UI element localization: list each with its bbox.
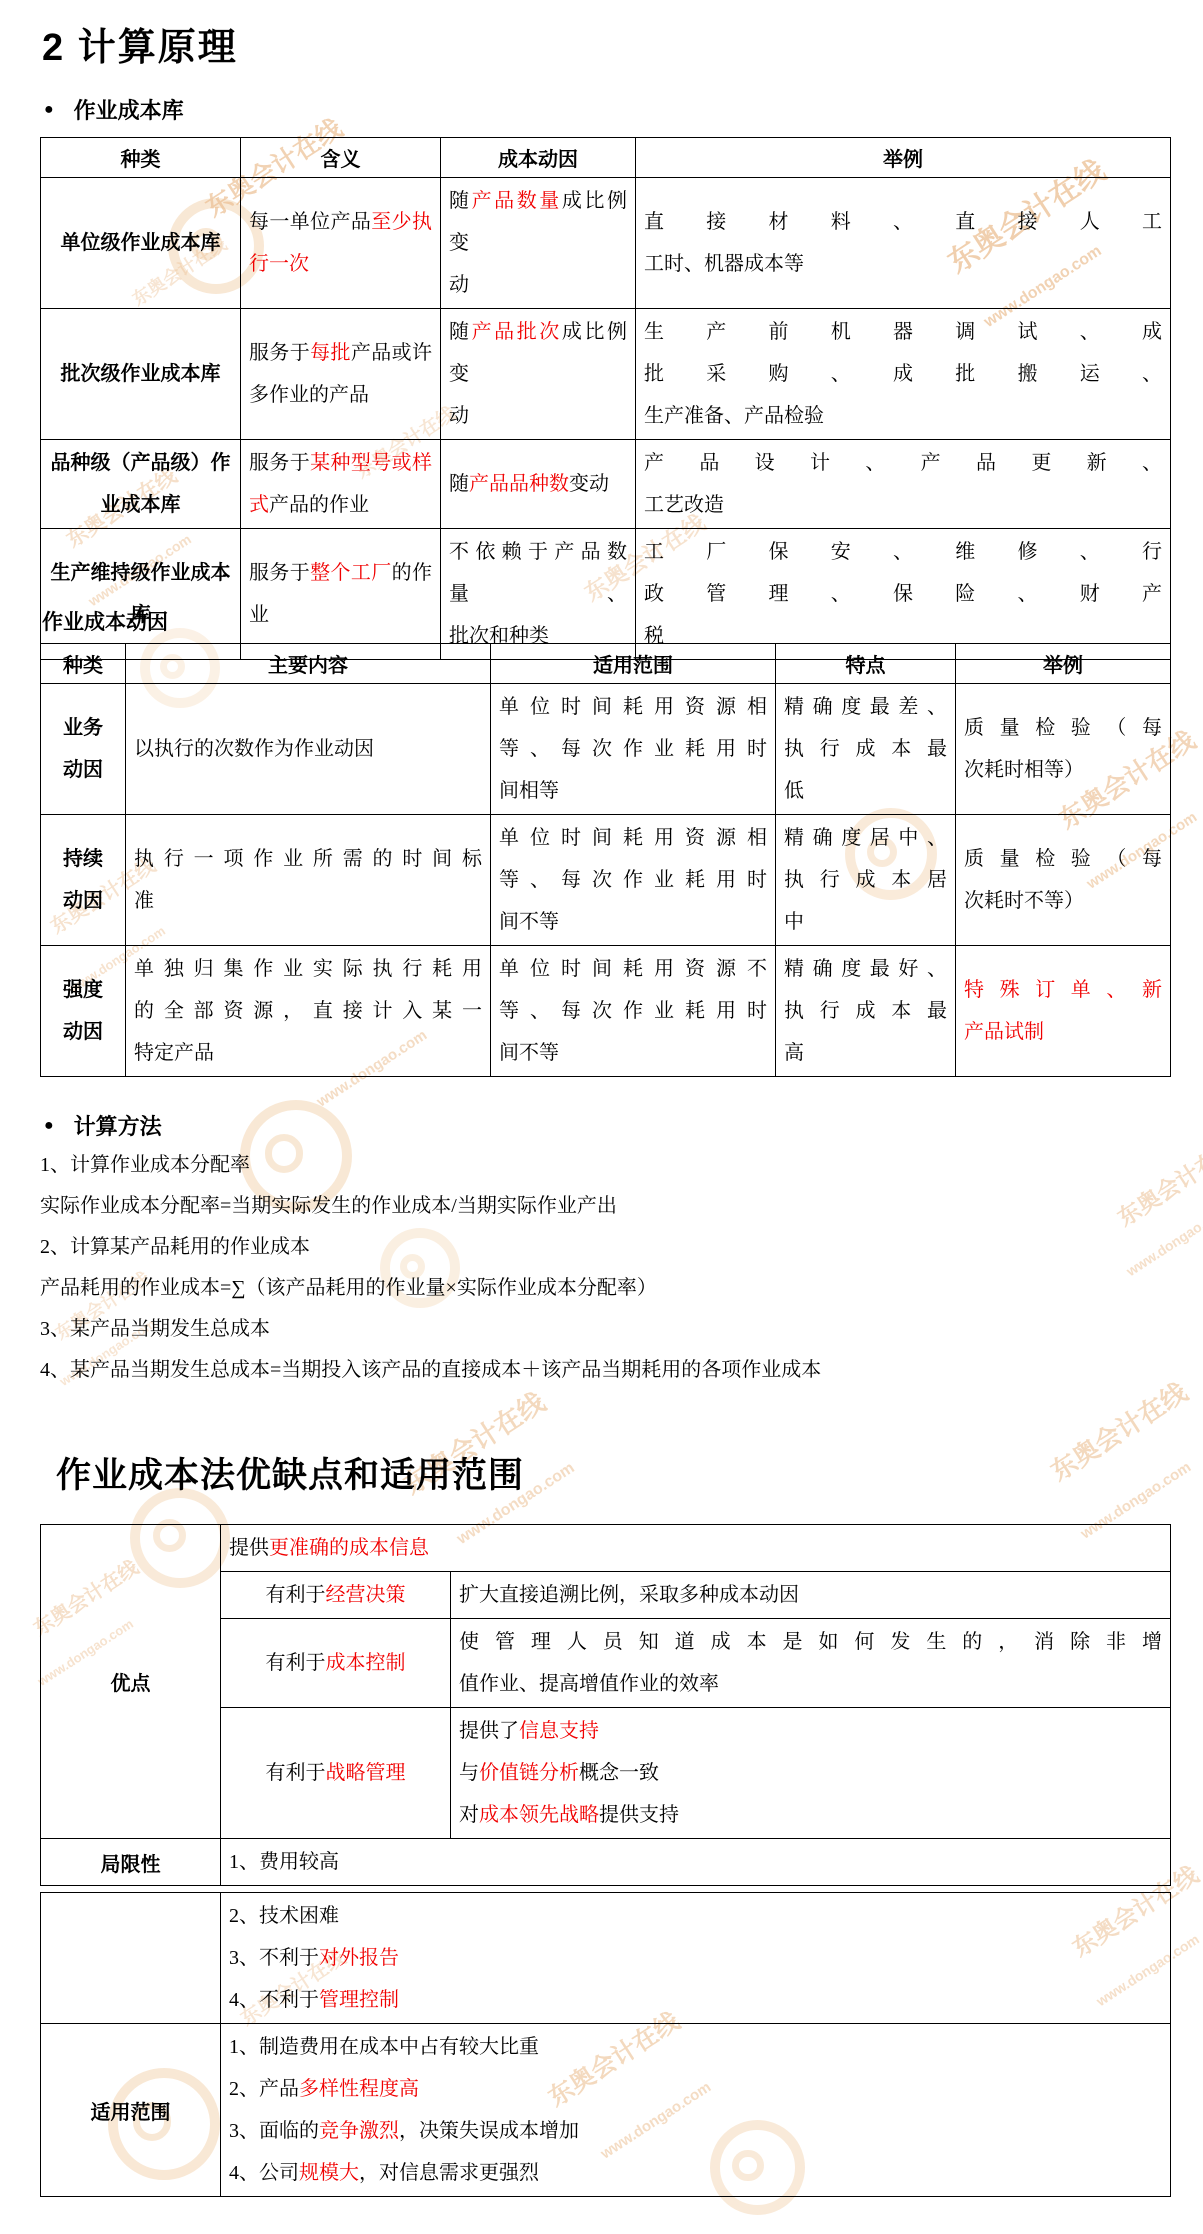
cell-line: 业成本库	[49, 484, 232, 526]
method-lines: 1、计算作业成本分配率 实际作业成本分配率=当期实际发生的作业成本/当期实际作业…	[40, 1145, 1180, 1391]
t3-row1-label: 有利于经营决策	[221, 1572, 451, 1619]
t1-row3-kind: 品种级（产品级）作业成本库	[41, 440, 241, 529]
method-line: 2、计算某产品耗用的作业成本	[40, 1227, 1180, 1268]
t4-row2-label: 适用范围	[41, 2024, 221, 2197]
t1-row2-kind: 批次级作业成本库	[41, 309, 241, 440]
cell-line: 生产准备、产品检验	[644, 395, 1162, 437]
cell-line: 服务于某种型号或样	[249, 442, 432, 484]
cell-line: 对成本领先战略提供支持	[459, 1794, 1162, 1836]
method-heading: ● 计算方法	[44, 1110, 162, 1141]
t1-row4-meaning: 服务于整个工厂的作业	[241, 529, 441, 660]
cell-line: 执行成本居	[784, 859, 947, 901]
t3-limitation-desc: 1、费用较高	[221, 1839, 1171, 1886]
page-title: 2 计算原理	[42, 16, 238, 71]
cell-line: 单独归集作业实际执行耗用	[134, 948, 482, 990]
document-page: 东奥会计在线东奥会计在线www.dongao.com东奥会计在线东奥会计在线东奥…	[0, 0, 1203, 2234]
cell-line: 中	[784, 901, 947, 943]
cost-pool-table: 种类 含义 成本动因 举例 单位级作业成本库 每一单位产品至少执行一次 随产品数…	[40, 137, 1171, 660]
t3-advantage-label: 优点	[41, 1525, 221, 1839]
cell-line: 以执行的次数作为作业动因	[134, 728, 482, 770]
cell-line: 2、产品多样性程度高	[229, 2068, 1162, 2110]
cell-line: 动	[449, 264, 627, 306]
t2-row3-kind: 强度动因	[41, 946, 126, 1077]
t4-row1-items: 2、技术困难3、不利于对外报告4、不利于管理控制	[221, 1893, 1171, 2024]
cell-line: 1、费用较高	[229, 1841, 1162, 1883]
cell-line: 质量检验（每	[964, 707, 1162, 749]
cell-line: 次耗时不等）	[964, 880, 1162, 922]
cell-line: 动因	[49, 1011, 117, 1053]
cell-line: 动	[449, 395, 627, 437]
cell-line: 动因	[49, 749, 117, 791]
t2-row1-example: 质量检验（每次耗时相等）	[956, 684, 1171, 815]
t1-row2-meaning: 服务于每批产品或许多作业的产品	[241, 309, 441, 440]
method-heading-label: 计算方法	[74, 1110, 162, 1141]
method-line: 实际作业成本分配率=当期实际发生的作业成本/当期实际作业产出	[40, 1186, 1180, 1227]
cost-driver-table: 种类 主要内容 适用范围 特点 举例 业务动因 以执行的次数作为作业动因 单位时…	[40, 643, 1171, 1077]
t2-row3-scope: 单位时间耗用资源不等、每次作业耗用时间不等	[491, 946, 776, 1077]
t1-header-driver: 成本动因	[441, 138, 636, 178]
t2-row1-scope: 单位时间耗用资源相等、每次作业耗用时间相等	[491, 684, 776, 815]
cell-line: 单位时间耗用资源相	[499, 686, 767, 728]
cell-line: 执行成本最	[784, 728, 947, 770]
cell-line: 执行一项作业所需的时间标	[134, 838, 482, 880]
t1-row1-kind: 单位级作业成本库	[41, 178, 241, 309]
advantage-table: 优点 提供更准确的成本信息 有利于经营决策 扩大直接追溯比例，采取多种成本动因 …	[40, 1524, 1171, 1886]
t4-row1-label-empty	[41, 1893, 221, 2024]
t3-limitation-label: 局限性	[41, 1839, 221, 1886]
cell-line: 行一次	[249, 243, 432, 285]
cell-line: 单位级作业成本库	[49, 222, 232, 264]
t2-row1-kind: 业务动因	[41, 684, 126, 815]
cell-line: 动因	[49, 880, 117, 922]
cell-line: 持续	[49, 838, 117, 880]
t1-row4-kind: 生产维持级作业成本库	[41, 529, 241, 660]
cell-line: 4、公司规模大，对信息需求更强烈	[229, 2152, 1162, 2194]
cell-line: 生产前机器调试、成	[644, 311, 1162, 353]
t2-row3-content: 单独归集作业实际执行耗用的全部资源，直接计入某一特定产品	[126, 946, 491, 1077]
cell-line: 单位时间耗用资源不	[499, 948, 767, 990]
t2-row2-example: 质量检验（每次耗时不等）	[956, 815, 1171, 946]
cell-line: 直接材料、直接人工	[644, 201, 1162, 243]
cell-line: 特殊订单、新	[964, 969, 1162, 1011]
pros-cons-title: 作业成本法优缺点和适用范围	[56, 1448, 524, 1498]
t3-row2-label: 有利于成本控制	[221, 1619, 451, 1708]
t2-row3-feature: 精确度最好、执行成本最高	[776, 946, 956, 1077]
cell-line: 3、不利于对外报告	[229, 1937, 1162, 1979]
t1-header-kind: 种类	[41, 138, 241, 178]
t2-header-content: 主要内容	[126, 644, 491, 684]
cell-line: 业	[249, 594, 432, 636]
cell-line: 低	[784, 770, 947, 812]
cell-line: 等、每次作业耗用时	[499, 859, 767, 901]
t2-row1-content: 以执行的次数作为作业动因	[126, 684, 491, 815]
cell-line: 业务	[49, 707, 117, 749]
t1-header-meaning: 含义	[241, 138, 441, 178]
cost-pool-heading: ● 作业成本库	[44, 94, 184, 125]
bullet-icon: ●	[44, 1118, 54, 1134]
cell-line: 等、每次作业耗用时	[499, 728, 767, 770]
cell-line: 等、每次作业耗用时	[499, 990, 767, 1032]
cell-line: 随产品数量成比例变	[449, 180, 627, 264]
method-line: 3、某产品当期发生总成本	[40, 1309, 1180, 1350]
cell-line: 单位时间耗用资源相	[499, 817, 767, 859]
cell-line: 不依赖于产品数量、	[449, 531, 627, 615]
cell-line: 每一单位产品至少执	[249, 201, 432, 243]
t1-row4-example: 工厂保安、维修、行政管理、保险、财产税	[636, 529, 1171, 660]
cell-line: 1、制造费用在成本中占有较大比重	[229, 2026, 1162, 2068]
cell-line: 特定产品	[134, 1032, 482, 1074]
t1-row1-meaning: 每一单位产品至少执行一次	[241, 178, 441, 309]
t1-row3-meaning: 服务于某种型号或样式产品的作业	[241, 440, 441, 529]
cell-line: 随产品批次成比例变	[449, 311, 627, 395]
t1-header-example: 举例	[636, 138, 1171, 178]
cell-line: 精确度最好、	[784, 948, 947, 990]
cell-line: 间不等	[499, 901, 767, 943]
cell-line: 质量检验（每	[964, 838, 1162, 880]
cell-line: 有利于战略管理	[229, 1752, 442, 1794]
t2-row2-scope: 单位时间耗用资源相等、每次作业耗用时间不等	[491, 815, 776, 946]
cell-line: 式产品的作业	[249, 484, 432, 526]
cell-line: 准	[134, 880, 482, 922]
t2-row2-content: 执行一项作业所需的时间标准	[126, 815, 491, 946]
cell-line: 的全部资源，直接计入某一	[134, 990, 482, 1032]
cell-line: 库	[49, 594, 232, 636]
bullet-icon: ●	[44, 102, 54, 118]
cell-line: 批次级作业成本库	[49, 353, 232, 395]
cell-line: 3、面临的竞争激烈，决策失误成本增加	[229, 2110, 1162, 2152]
t3-row2-desc: 使管理人员知道成本是如何发生的，消除非增值作业、提高增值作业的效率	[451, 1619, 1171, 1708]
cell-line: 品种级（产品级）作	[49, 442, 232, 484]
t1-row3-driver: 随产品品种数变动	[441, 440, 636, 529]
t2-header-kind: 种类	[41, 644, 126, 684]
cell-line: 值作业、提高增值作业的效率	[459, 1663, 1162, 1705]
cell-line: 使管理人员知道成本是如何发生的，消除非增	[459, 1621, 1162, 1663]
t3-top-row: 提供更准确的成本信息	[221, 1525, 1171, 1572]
cell-line: 扩大直接追溯比例，采取多种成本动因	[459, 1574, 1162, 1616]
cell-line: 产品设计、产品更新、	[644, 442, 1162, 484]
cell-line: 执行成本最	[784, 990, 947, 1032]
cell-line: 服务于每批产品或许	[249, 332, 432, 374]
method-line: 4、某产品当期发生总成本=当期投入该产品的直接成本＋该产品当期耗用的各项作业成本	[40, 1350, 1180, 1391]
t1-row4-driver: 不依赖于产品数量、批次和种类	[441, 529, 636, 660]
cell-line: 高	[784, 1032, 947, 1074]
cell-line: 产品试制	[964, 1011, 1162, 1053]
t1-row1-driver: 随产品数量成比例变动	[441, 178, 636, 309]
cell-line: 工艺改造	[644, 484, 1162, 526]
t1-row3-example: 产品设计、产品更新、工艺改造	[636, 440, 1171, 529]
cell-line: 4、不利于管理控制	[229, 1979, 1162, 2021]
t3-row1-desc: 扩大直接追溯比例，采取多种成本动因	[451, 1572, 1171, 1619]
cell-line: 精确度最差、	[784, 686, 947, 728]
cell-line: 间相等	[499, 770, 767, 812]
t2-row1-feature: 精确度最差、执行成本最低	[776, 684, 956, 815]
cell-line: 生产维持级作业成本	[49, 552, 232, 594]
cell-line: 随产品品种数变动	[449, 463, 627, 505]
t1-row2-example: 生产前机器调试、成批采购、成批搬运、生产准备、产品检验	[636, 309, 1171, 440]
cell-line: 批采购、成批搬运、	[644, 353, 1162, 395]
cell-line: 工时、机器成本等	[644, 243, 1162, 285]
t2-header-example: 举例	[956, 644, 1171, 684]
t3-row3-desc: 提供了信息支持与价值链分析概念一致对成本领先战略提供支持	[451, 1708, 1171, 1839]
cell-line: 2、技术困难	[229, 1895, 1162, 1937]
t1-row1-example: 直接材料、直接人工工时、机器成本等	[636, 178, 1171, 309]
cell-line: 提供了信息支持	[459, 1710, 1162, 1752]
cell-line: 强度	[49, 969, 117, 1011]
cell-line: 工厂保安、维修、行	[644, 531, 1162, 573]
cell-line: 多作业的产品	[249, 374, 432, 416]
t2-header-scope: 适用范围	[491, 644, 776, 684]
t2-row3-example: 特殊订单、新产品试制	[956, 946, 1171, 1077]
t2-row2-feature: 精确度居中、执行成本居中	[776, 815, 956, 946]
method-line: 1、计算作业成本分配率	[40, 1145, 1180, 1186]
cell-line: 间不等	[499, 1032, 767, 1074]
scope-table: 2、技术困难3、不利于对外报告4、不利于管理控制 适用范围 1、制造费用在成本中…	[40, 1892, 1171, 2197]
cell-line: 服务于整个工厂的作	[249, 552, 432, 594]
t3-row3-label: 有利于战略管理	[221, 1708, 451, 1839]
cell-line: 次耗时相等）	[964, 749, 1162, 791]
t4-row2-items: 1、制造费用在成本中占有较大比重2、产品多样性程度高3、面临的竞争激烈，决策失误…	[221, 2024, 1171, 2197]
cell-line: 与价值链分析概念一致	[459, 1752, 1162, 1794]
t1-row2-driver: 随产品批次成比例变动	[441, 309, 636, 440]
cost-pool-heading-label: 作业成本库	[74, 94, 184, 125]
t2-header-feature: 特点	[776, 644, 956, 684]
cell-line: 有利于成本控制	[229, 1642, 442, 1684]
cell-line: 提供更准确的成本信息	[229, 1527, 1162, 1569]
t2-row2-kind: 持续动因	[41, 815, 126, 946]
cell-line: 有利于经营决策	[229, 1574, 442, 1616]
cell-line: 精确度居中、	[784, 817, 947, 859]
method-line: 产品耗用的作业成本=∑（该产品耗用的作业量×实际作业成本分配率）	[40, 1268, 1180, 1309]
cell-line: 政管理、保险、财产	[644, 573, 1162, 615]
